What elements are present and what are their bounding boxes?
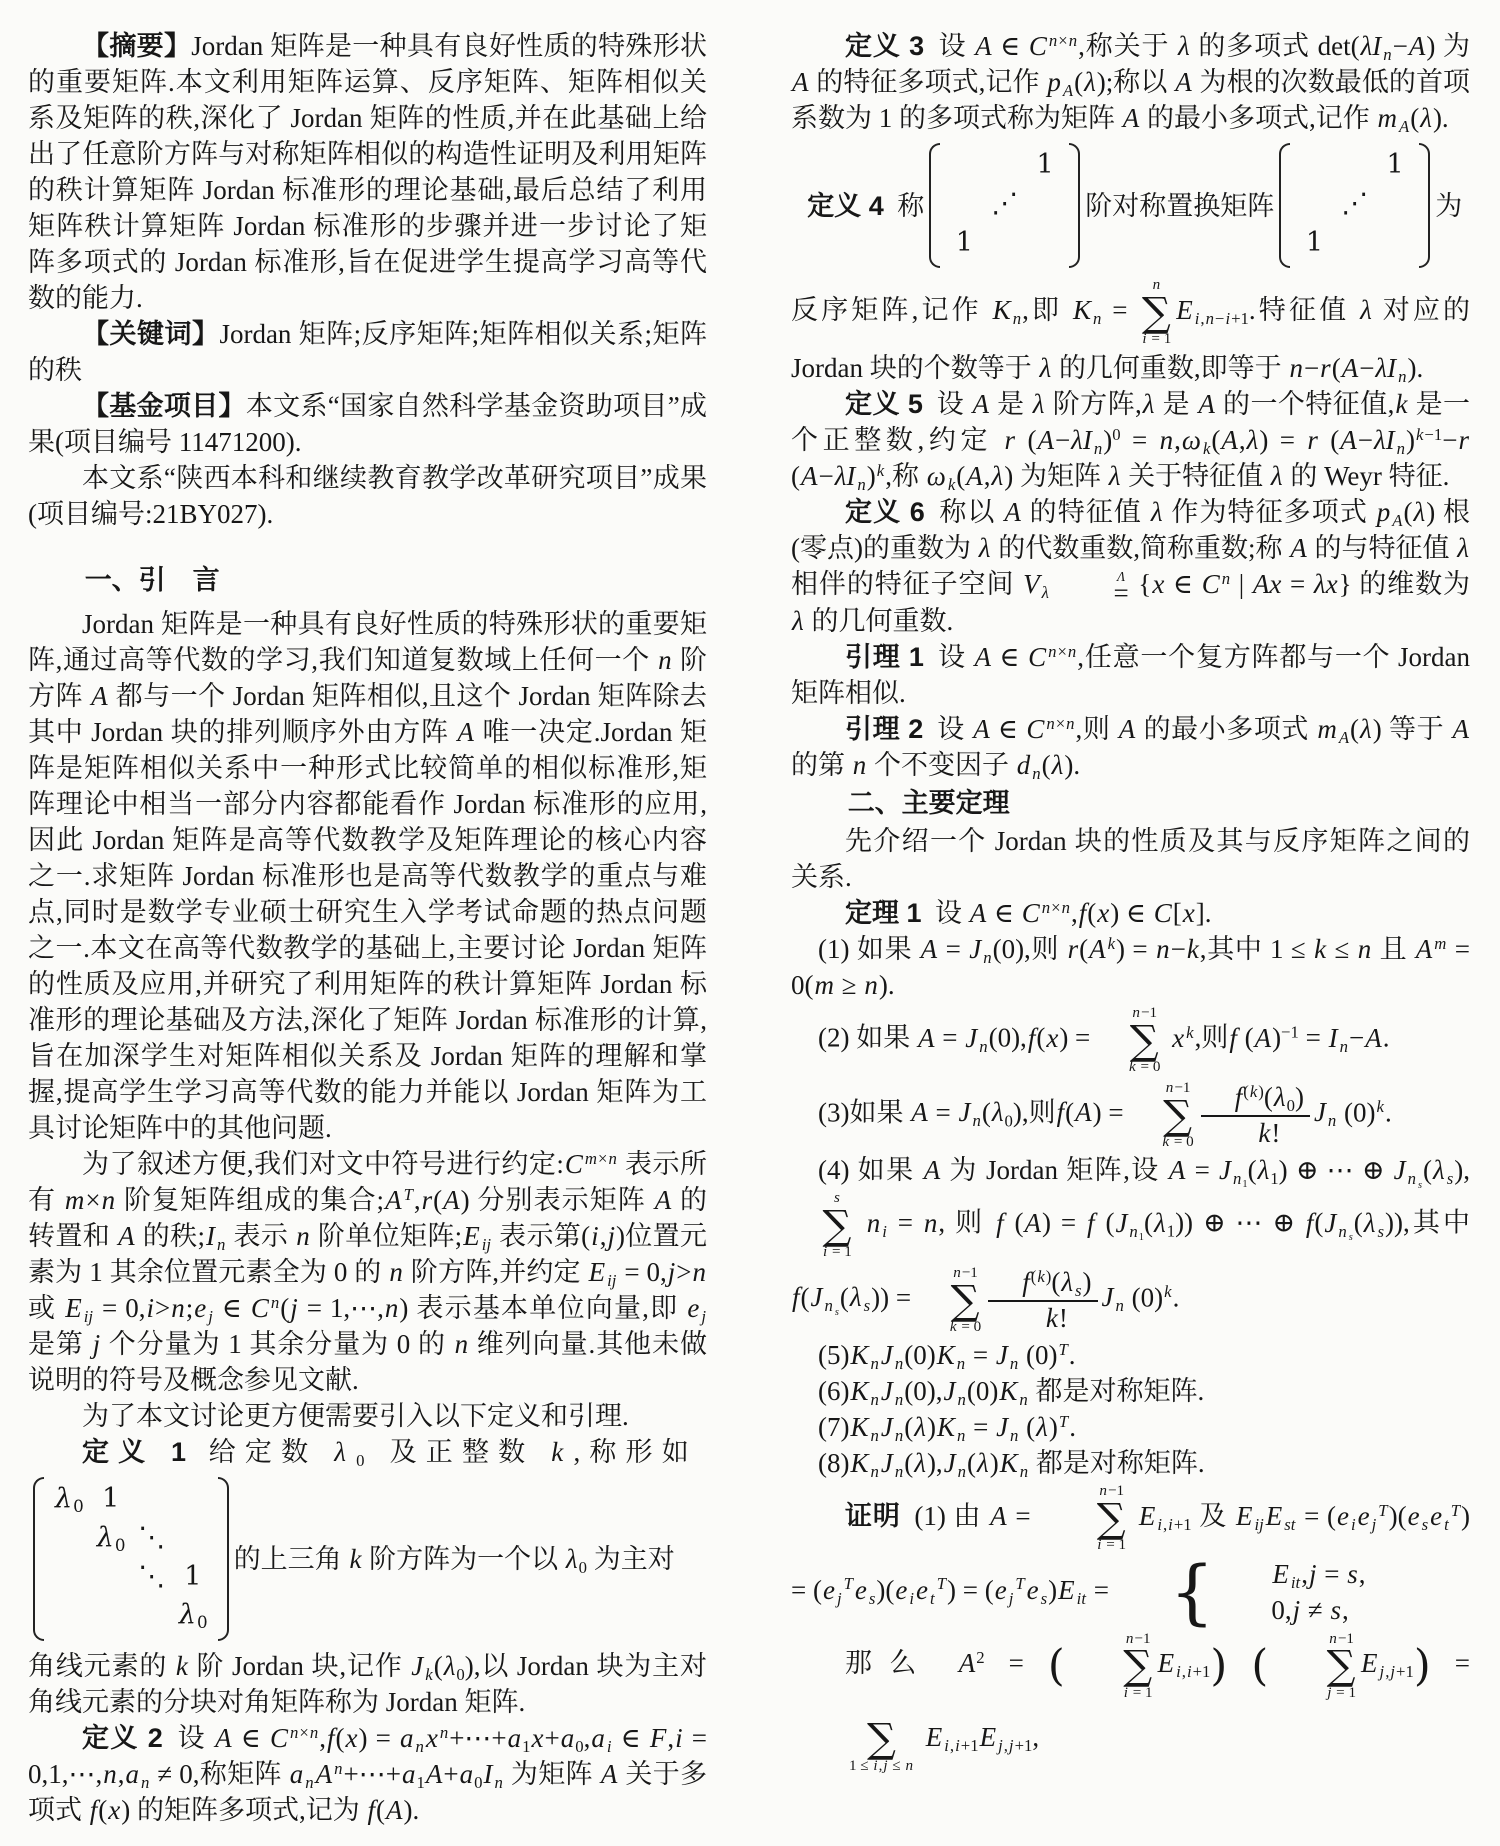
theorem-1-item-4: (4) 如果 A 为 Jordan 矩阵,设 A = Jn1(λ1) ⊕ ⋯ ⊕…: [791, 1152, 1470, 1337]
theorem-1: 定理 1设 A ∈ Cn×n,f(x) ∈ C[x].: [791, 895, 1470, 931]
fund-paragraph-2: 本文系“陕西本科和继续教育教学改革研究项目”成果(项目编号:21BY027).: [28, 460, 707, 532]
definition-1-side-text: 的上三角 k 阶方阵为一个以 λ0 为主对: [234, 1541, 707, 1577]
definition-6-label: 定义 6: [845, 497, 925, 527]
definition-6: 定义 6称以 A 的特征值 λ 作为特征多项式 pA(λ) 根(零点)的重数为 …: [791, 494, 1470, 640]
fund-label: 【基金项目】: [82, 391, 246, 421]
proof-continued-text: 那么 A2 = (n−1∑i = 1Ei,i+1) (n−1∑j = 1Ej,j…: [791, 1648, 1470, 1752]
fund-text-2: 本文系“陕西本科和继续教育教学改革研究项目”成果(项目编号:21BY027).: [28, 463, 707, 529]
lemma-1-label: 引理 1: [845, 642, 924, 672]
pre-theorem-paragraph: 先介绍一个 Jordan 块的性质及其与反序矩阵之间的关系.: [791, 823, 1470, 895]
definition-4-as-text: 为: [1435, 188, 1462, 224]
definition-1-continued: 角线元素的 k 阶 Jordan 块,记作 Jk(λ0),以 Jordan 块为…: [28, 1648, 707, 1720]
definition-4-mid-text: 阶对称置换矩阵: [1085, 188, 1274, 224]
section-heading-introduction: 一、引 言: [28, 562, 707, 598]
definition-4-matrix-row: 定义 4 称 1⋰1 阶对称置换矩阵 1⋰1 为: [791, 139, 1470, 272]
definition-4-called-text: 称: [897, 188, 924, 224]
lemma-2-label: 引理 2: [845, 714, 923, 744]
proof-label: 证明: [845, 1501, 901, 1531]
notation-paragraph: 为了叙述方便,我们对文中符号进行约定:Cm×n 表示所有 m×n 阶复矩阵组成的…: [28, 1146, 707, 1398]
introduction-text: Jordan 矩阵是一种具有良好性质的特殊形状的重要矩阵,通过高等代数的学习,我…: [28, 609, 707, 1143]
definition-2-label: 定义 2: [82, 1723, 163, 1753]
keywords-label: 【关键词】: [82, 319, 219, 349]
theorem-1-item-6: (6)KnJn(0),Jn(0)Kn 都是对称矩阵.: [791, 1373, 1470, 1409]
section-heading-main-theorems: 二、主要定理: [791, 785, 1470, 821]
abstract-label: 【摘要】: [82, 31, 191, 61]
theorem-1-label: 定理 1: [845, 898, 922, 928]
theorem-1-item-7: (7)KnJn(λ)Kn = Jn (λ)T.: [791, 1409, 1470, 1445]
notation-text: 为了叙述方便,我们对文中符号进行约定:Cm×n 表示所有 m×n 阶复矩阵组成的…: [28, 1149, 707, 1395]
theorem-1-item-3: (3)如果 A = Jn(λ0),则f(A) = n−1∑k = 0f(k)(λ…: [791, 1078, 1470, 1153]
introduction-paragraph: Jordan 矩阵是一种具有良好性质的特殊形状的重要矩阵,通过高等代数的学习,我…: [28, 606, 707, 1146]
lemma-1: 引理 1设 A ∈ Cn×n,任意一个复方阵都与一个 Jordan 矩阵相似.: [791, 639, 1470, 711]
definition-4-continued-text: 反序矩阵,记作 Kn,即 Kn = n∑i = 1Ei,n−i+1.特征值 λ …: [791, 295, 1470, 383]
proof-continued: 那么 A2 = (n−1∑i = 1Ei,i+1) (n−1∑j = 1Ej,j…: [791, 1629, 1470, 1776]
paper-page: 【摘要】Jordan 矩阵是一种具有良好性质的特殊形状的重要矩阵.本文利用矩阵运…: [0, 0, 1500, 1846]
definition-2: 定义 2设 A ∈ Cn×n,f(x) = anxn+⋯+a1x+a0,ai ∈…: [28, 1720, 707, 1828]
definition-5-label: 定义 5: [845, 389, 923, 419]
reverse-order-matrix-2: 1⋰1: [1274, 139, 1435, 272]
theorem-1-item-1: (1) 如果 A = Jn(0),则 r(Ak) = n−k,其中 1 ≤ k …: [791, 931, 1470, 1003]
definition-4-label: 定义 4: [807, 188, 884, 224]
definition-5: 定义 5设 A 是 λ 阶方阵,λ 是 A 的一个特征值,k 是一个正整数,约定…: [791, 386, 1470, 494]
definition-3: 定义 3设 A ∈ Cn×n,称关于 λ 的多项式 det(λIn−A) 为 A…: [791, 28, 1470, 136]
lead-in-text: 为了本文讨论更方便需要引入以下定义和引理.: [82, 1401, 629, 1431]
definition-1-intro: 定义 1给定数 λ0 及正整数 k,称形如: [28, 1434, 707, 1470]
theorem-1-item-8: (8)KnJn(λ),Jn(λ)Kn 都是对称矩阵.: [791, 1445, 1470, 1481]
jordan-block-matrix: λ01λ0⋱⋱1λ0: [28, 1473, 234, 1645]
theorem-1-item-2: (2) 如果 A = Jn(0),f(x) = n−1∑k = 0 xk,则f …: [791, 1003, 1470, 1078]
abstract-paragraph: 【摘要】Jordan 矩阵是一种具有良好性质的特殊形状的重要矩阵.本文利用矩阵运…: [28, 28, 707, 316]
pre-theorem-text: 先介绍一个 Jordan 块的性质及其与反序矩阵之间的关系.: [791, 826, 1470, 892]
definition-3-label: 定义 3: [845, 31, 924, 61]
theorem-1-text: 设 A ∈ Cn×n,f(x) ∈ C[x].: [935, 898, 1211, 928]
lemma-2: 引理 2设 A ∈ Cn×n,则 A 的最小多项式 mA(λ) 等于 A 的第 …: [791, 711, 1470, 783]
keywords-paragraph: 【关键词】Jordan 矩阵;反序矩阵;矩阵相似关系;矩阵的秩: [28, 316, 707, 388]
theorem-1-item-5: (5)KnJn(0)Kn = Jn (0)T.: [791, 1337, 1470, 1373]
right-column: 定义 3设 A ∈ Cn×n,称关于 λ 的多项式 det(λIn−A) 为 A…: [791, 28, 1470, 1828]
definition-1-label: 定义 1: [82, 1437, 195, 1467]
reverse-order-matrix-1: 1⋰1: [924, 139, 1085, 272]
left-column: 【摘要】Jordan 矩阵是一种具有良好性质的特殊形状的重要矩阵.本文利用矩阵运…: [28, 28, 707, 1828]
definition-1-intro-text: 给定数 λ0 及正整数 k,称形如: [209, 1437, 698, 1467]
fund-paragraph-1: 【基金项目】本文系“国家自然科学基金资助项目”成果(项目编号 11471200)…: [28, 388, 707, 460]
proof-paragraph: 证明(1) 由 A = n−1∑i = 1 Ei,i+1 及 EijEst = …: [791, 1481, 1470, 1628]
definition-4-continued: 反序矩阵,记作 Kn,即 Kn = n∑i = 1Ei,n−i+1.特征值 λ …: [791, 275, 1470, 386]
abstract-text: Jordan 矩阵是一种具有良好性质的特殊形状的重要矩阵.本文利用矩阵运算、反序…: [28, 31, 707, 313]
definition-1-matrix-row: λ01λ0⋱⋱1λ0 的上三角 k 阶方阵为一个以 λ0 为主对: [28, 1473, 707, 1645]
definition-1-continued-text: 角线元素的 k 阶 Jordan 块,记作 Jk(λ0),以 Jordan 块为…: [28, 1651, 707, 1717]
lead-in-paragraph: 为了本文讨论更方便需要引入以下定义和引理.: [28, 1398, 707, 1434]
